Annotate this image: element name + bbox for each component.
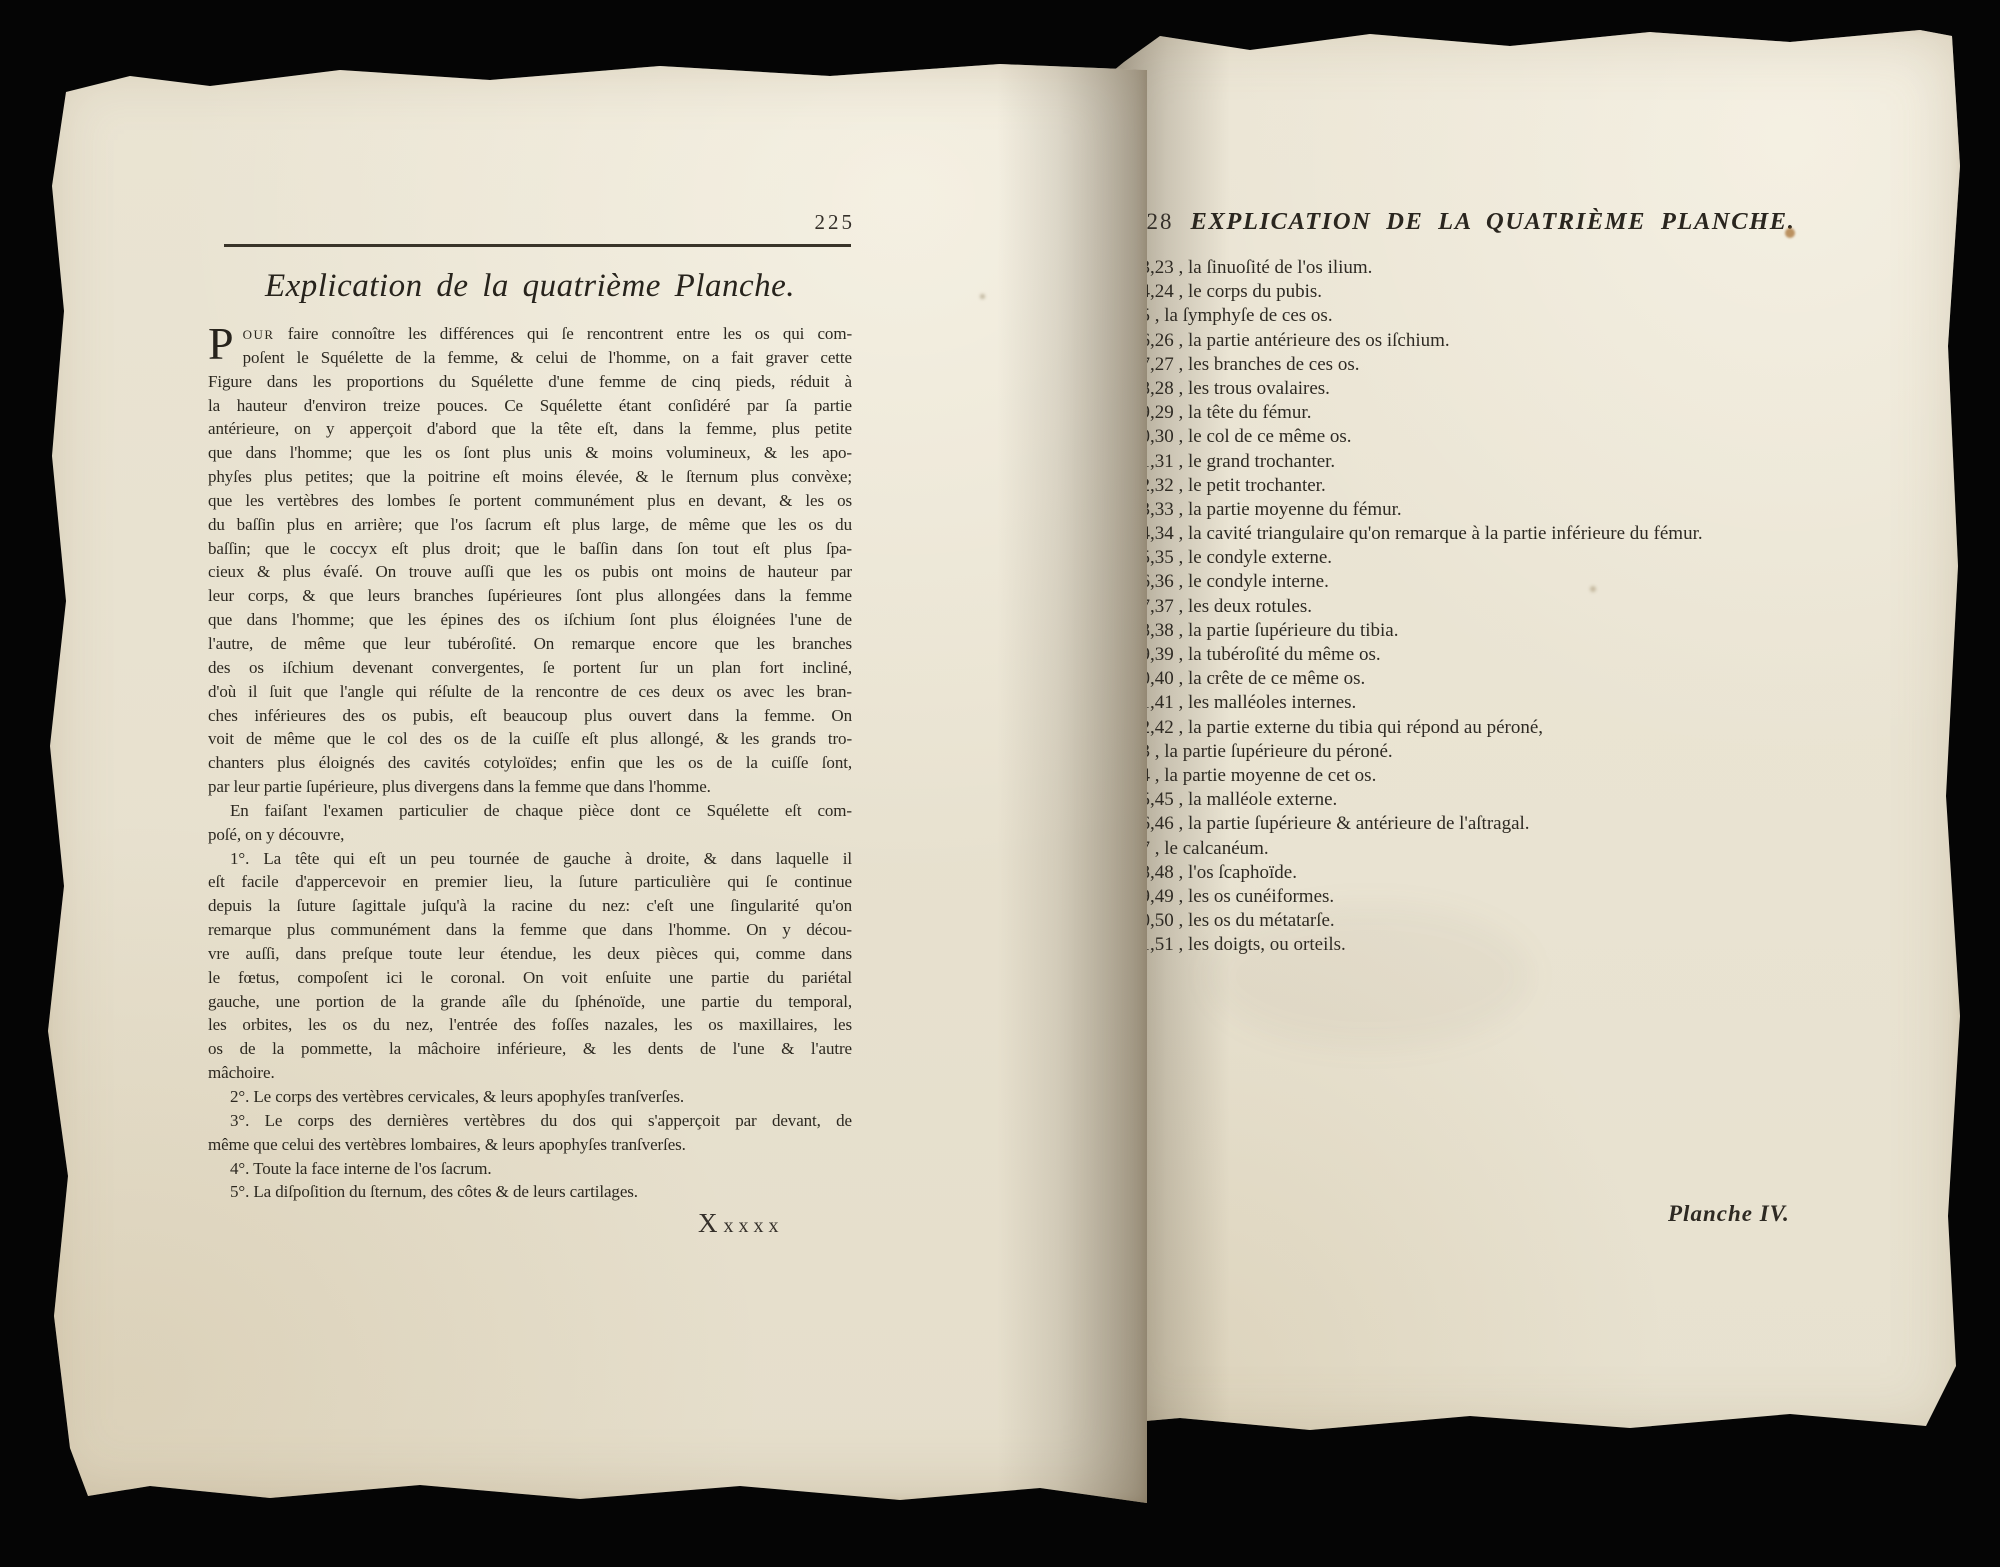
gutter-shadow: [997, 56, 1147, 1503]
text-line: 5°. La diſpoſition du ſternum, des côtes…: [208, 1180, 852, 1204]
legend-item: 41,41 , les malléoles internes.: [1131, 691, 1703, 715]
text-line: 4°. Toute la face interne de l'os ſacrum…: [208, 1157, 852, 1181]
text-line: que dans l'homme; que les épines des os …: [208, 608, 852, 632]
legend-item: 51,51 , les doigts, ou orteils.: [1131, 933, 1703, 957]
legend-item: 43 , la partie ſupérieure du péroné.: [1131, 740, 1703, 764]
catchword: Xxxxx: [698, 1208, 784, 1239]
text-line: d'où il ſuit que l'angle qui réſulte de …: [208, 680, 852, 704]
legend-item: 28,28 , les trous ovalaires.: [1131, 377, 1703, 401]
legend-item: 37,37 , les deux rotules.: [1131, 595, 1703, 619]
legend-item: 26,26 , la partie antérieure des os iſch…: [1131, 329, 1703, 353]
legend-item: 23,23 , la ſinuoſité de l'os ilium.: [1131, 256, 1703, 280]
right-page: 228 EXPLICATION DE LA QUATRIÈME PLANCHE.…: [1090, 26, 1964, 1440]
legend-item: 34,34 , la cavité triangulaire qu'on rem…: [1131, 522, 1703, 546]
text-line: our faire connoître les différences qui …: [208, 322, 852, 346]
fox-spot: [980, 294, 985, 299]
legend-item: 42,42 , la partie externe du tibia qui r…: [1131, 716, 1703, 740]
legend-item: 31,31 , le grand trochanter.: [1131, 450, 1703, 474]
legend-item: 30,30 , le col de ce même os.: [1131, 425, 1703, 449]
legend-item: 50,50 , les os du métatarſe.: [1131, 909, 1703, 933]
book-spread: 228 EXPLICATION DE LA QUATRIÈME PLANCHE.…: [0, 0, 2000, 1567]
legend-item: 46,46 , la partie ſupérieure & antérieur…: [1131, 812, 1703, 836]
text-line: la hauteur d'environ treize pouces. Ce S…: [208, 394, 852, 418]
text-line: que les vertèbres des lombes ſe portent …: [208, 489, 852, 513]
legend-item: 49,49 , les os cunéiformes.: [1131, 885, 1703, 909]
text-line: baſſin; que le coccyx eſt plus droit; qu…: [208, 537, 852, 561]
text-line: 1°. La tête qui eſt un peu tournée de ga…: [208, 847, 852, 871]
text-line: des os iſchium devenant convergentes, ſe…: [208, 656, 852, 680]
legend-item: 38,38 , la partie ſupérieure du tibia.: [1131, 619, 1703, 643]
text-line: mâchoire.: [208, 1061, 852, 1085]
legend-item: 47 , le calcanéum.: [1131, 837, 1703, 861]
header-rule: [224, 244, 851, 247]
text-line: cieux & plus évaſé. On trouve auſſi que …: [208, 560, 852, 584]
text-line: les orbites, les os du nez, l'entrée des…: [208, 1013, 852, 1037]
text-line: poſent le Squélette de la femme, & celui…: [208, 346, 852, 370]
legend-item: 39,39 , la tubéroſité du même os.: [1131, 643, 1703, 667]
text-line: remarque plus communément dans la femme …: [208, 918, 852, 942]
page-title: Explication de la quatrième Planche.: [190, 268, 870, 305]
text-line: phyſes plus petites; que la poitrine eſt…: [208, 465, 852, 489]
text-line: du baſſin plus en arrière; que l'os ſacr…: [208, 513, 852, 537]
text-line: que dans l'homme; que les os ſont plus u…: [208, 441, 852, 465]
text-line: depuis la ſuture ſagittale juſqu'à la ra…: [208, 894, 852, 918]
text-line: Figure dans les proportions du Squélette…: [208, 370, 852, 394]
text-line: par leur partie ſupérieure, plus diverge…: [208, 775, 852, 799]
text-line: vre auſſi, dans preſque toute leur étend…: [208, 942, 852, 966]
text-line: antérieure, on y apperçoit d'abord que l…: [208, 417, 852, 441]
text-line: voit de même que le col des os de la cui…: [208, 727, 852, 751]
running-head-title: EXPLICATION DE LA QUATRIÈME PLANCHE.: [1191, 208, 1796, 236]
text-line: ches inférieures des os pubis, eſt beauc…: [208, 704, 852, 728]
legend-item: 25 , la ſymphyſe de ces os.: [1131, 304, 1703, 328]
text-line: 3°. Le corps des dernières vertèbres du …: [208, 1109, 852, 1133]
legend-item: 36,36 , le condyle interne.: [1131, 570, 1703, 594]
running-head: 228 EXPLICATION DE LA QUATRIÈME PLANCHE.: [1133, 208, 1795, 236]
legend-item: 27,27 , les branches de ces os.: [1131, 353, 1703, 377]
left-page: 225 Explication de la quatrième Planche.…: [40, 56, 1147, 1503]
text-line: chanters plus éloignés des cavités cotyl…: [208, 751, 852, 775]
text-line: eſt facile d'appercevoir en premier lieu…: [208, 870, 852, 894]
text-line: le fœtus, compoſent ici le coronal. On v…: [208, 966, 852, 990]
legend-item: 48,48 , l'os ſcaphoïde.: [1131, 861, 1703, 885]
legend-item: 29,29 , la tête du fémur.: [1131, 401, 1703, 425]
legend-item: 24,24 , le corps du pubis.: [1131, 280, 1703, 304]
text-line: 2°. Le corps des vertèbres cervicales, &…: [208, 1085, 852, 1109]
legend-item: 35,35 , le condyle externe.: [1131, 546, 1703, 570]
plate-label: Planche IV.: [1668, 1201, 1790, 1227]
text-line: l'autre, de même que leur tubéroſité. On…: [208, 632, 852, 656]
legend-item: 33,33 , la partie moyenne du fémur.: [1131, 498, 1703, 522]
page-number: 225: [785, 210, 855, 235]
text-line: En faiſant l'examen particulier de chaqu…: [208, 799, 852, 823]
drop-cap: P: [208, 322, 243, 369]
text-line: os de la pommette, la mâchoire inférieur…: [208, 1037, 852, 1061]
legend-item: 32,32 , le petit trochanter.: [1131, 474, 1703, 498]
legend-item: 45,45 , la malléole externe.: [1131, 788, 1703, 812]
text-line: même que celui des vertèbres lombaires, …: [208, 1133, 852, 1157]
legend-item: 44 , la partie moyenne de cet os.: [1131, 764, 1703, 788]
text-line: gauche, une portion de la grande aîle du…: [208, 990, 852, 1014]
small-caps-word: our: [243, 323, 275, 343]
body-text: P our faire connoître les différences qu…: [208, 322, 852, 1204]
figure-legend-list: 23,23 , la ſinuoſité de l'os ilium.24,24…: [1131, 256, 1703, 957]
legend-item: 40,40 , la crête de ce même os.: [1131, 667, 1703, 691]
text-line: poſé, on y découvre,: [208, 823, 852, 847]
text-line: leur corps, & que leurs branches ſupérie…: [208, 584, 852, 608]
